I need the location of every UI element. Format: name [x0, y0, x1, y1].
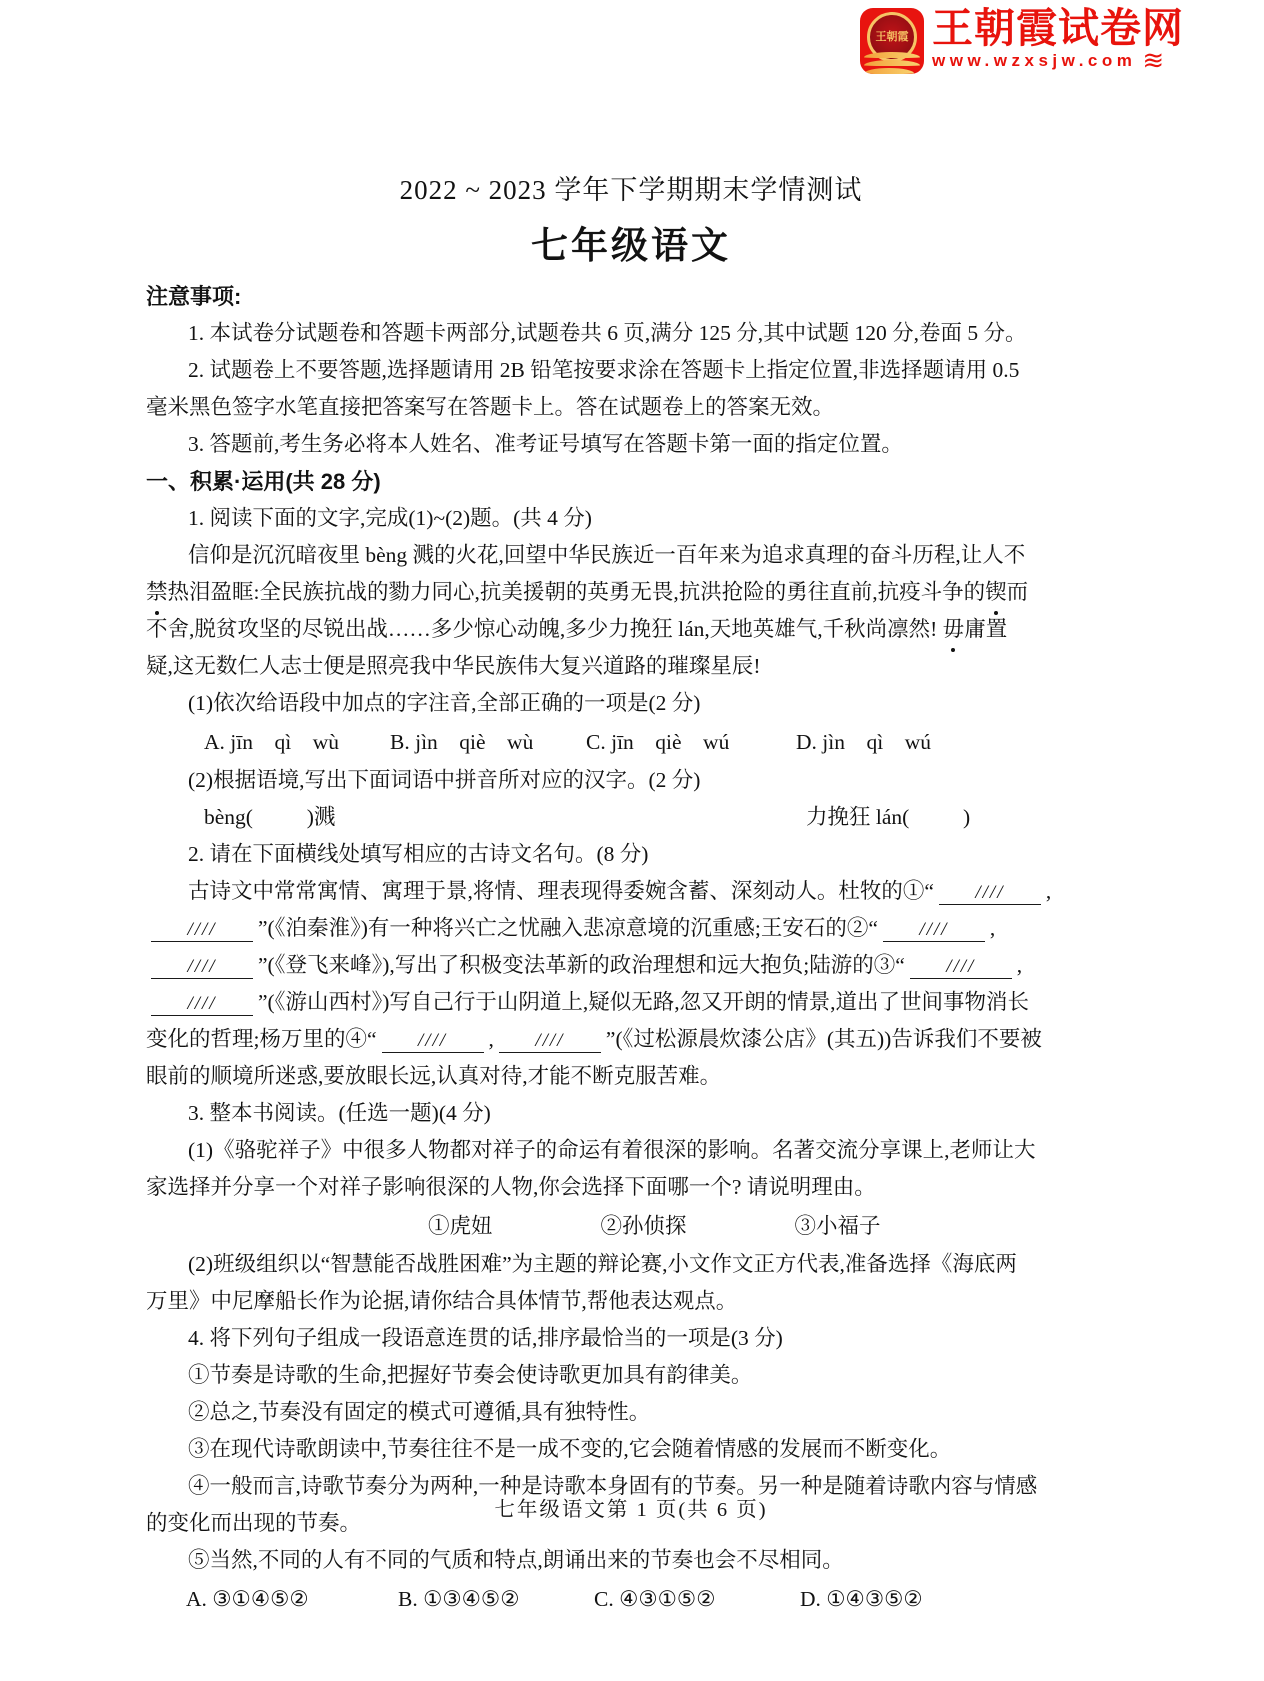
dotted-char: 禁	[146, 574, 168, 611]
notice-item-2-line2: 毫米黑色签字水笔直接把答案写在答题卡上。答在试题卷上的答案无效。	[146, 389, 1116, 426]
q2-text: ,	[990, 916, 995, 940]
brand-url: www.wzxsjw.com	[932, 51, 1136, 71]
q3-sub2-line2: 万里》中尼摩船长作为论据,请你结合具体情节,帮他表达观点。	[146, 1283, 1116, 1320]
passage-text: 不舍,脱贫攻坚的尽锐出战……多少惊心动魄,多少力挽狂 lán,天地英雄气,千秋尚…	[146, 617, 943, 641]
notice-item-2-line1: 2. 试题卷上不要答题,选择题请用 2B 铅笔按要求涂在答题卡上指定位置,非选择…	[146, 352, 1116, 389]
answer-blank: ////	[910, 956, 1012, 979]
q4-sentence-3: ③在现代诗歌朗读中,节奏往往不是一成不变的,它会随着情感的发展而不断变化。	[146, 1431, 1116, 1468]
q2-text: ,	[489, 1027, 494, 1051]
q3-stem: 3. 整本书阅读。(任选一题)(4 分)	[146, 1095, 1116, 1132]
answer-blank: ////	[151, 993, 253, 1016]
ribbon-stripe	[864, 68, 914, 74]
q2-text: ”(《游山西村》)写自己行于山阴道上,疑似无路,忽又开朗的情景,道出了世间事物消…	[258, 990, 1029, 1014]
q2-text: ,	[1017, 953, 1022, 977]
q1-sub2-words: bèng( )溅 力挽狂 lán( )	[146, 799, 1116, 836]
option-c: C. ④③①⑤②	[594, 1579, 800, 1619]
choice-3: ③小福子	[795, 1206, 881, 1246]
q2-line-2: ////”(《泊秦淮》)有一种将兴亡之忧融入悲凉意境的沉重感;王安石的②“///…	[146, 910, 1116, 947]
ribbon-stripe	[864, 52, 920, 58]
section1-heading: 一、积累·运用(共 28 分)	[146, 463, 1116, 500]
q2-line-5: 变化的哲理;杨万里的④“////,////”(《过松源晨炊漆公店》(其五))告诉…	[146, 1021, 1116, 1058]
dotted-char: 毋	[943, 611, 965, 648]
q2-line-4: ////”(《游山西村》)写自己行于山阴道上,疑似无路,忽又开朗的情景,道出了世…	[146, 984, 1116, 1021]
answer-blank: ////	[151, 919, 253, 942]
q2-text: ”(《泊秦淮》)有一种将兴亡之忧融入悲凉意境的沉重感;王安石的②“	[258, 916, 878, 940]
notice-heading: 注意事项:	[146, 278, 1116, 315]
q2-text: 古诗文中常常寓情、寓理于景,将情、理表现得委婉含蓄、深刻动人。杜牧的①“	[188, 879, 934, 903]
pinyin-word-2: 力挽狂 lán( )	[806, 799, 970, 836]
q2-text: 变化的哲理;杨万里的④“	[146, 1027, 377, 1051]
exam-session-title: 2022 ~ 2023 学年下学期期末学情测试	[146, 168, 1116, 207]
q2-text: ,	[1046, 879, 1051, 903]
dotted-char: 锲	[985, 574, 1007, 611]
notice-item-1: 1. 本试卷分试题卷和答题卡两部分,试题卷共 6 页,满分 125 分,其中试题…	[146, 315, 1116, 352]
pinyin-word-1: bèng( )溅	[204, 799, 335, 836]
option-c: C. jīn qiè wú	[586, 722, 796, 762]
exam-subject-title: 七年级语文	[146, 215, 1116, 269]
page-footer-label: 七年级语文第 1 页(共 6 页)	[146, 1492, 1116, 1522]
brand-url-row: www.wzxsjw.com ≋	[932, 51, 1184, 72]
q2-line-6: 眼前的顺境所迷惑,要放眼长远,认真对待,才能不断克服苦难。	[146, 1058, 1116, 1095]
q2-line-1: 古诗文中常常寓情、寓理于景,将情、理表现得委婉含蓄、深刻动人。杜牧的①“////…	[146, 873, 1116, 910]
notice-item-3: 3. 答题前,考生务必将本人姓名、准考证号填写在答题卡第一面的指定位置。	[146, 426, 1116, 463]
q2-text: ”(《登飞来峰》),写出了积极变法革新的政治理想和远大抱负;陆游的③“	[258, 953, 905, 977]
answer-blank: ////	[151, 956, 253, 979]
option-a: A. jīn qì wù	[204, 722, 390, 762]
answer-blank: ////	[883, 919, 985, 942]
exam-content: 2022 ~ 2023 学年下学期期末学情测试 七年级语文 注意事项: 1. 本…	[146, 168, 1116, 1619]
passage-line-3: 不舍,脱贫攻坚的尽锐出战……多少惊心动魄,多少力挽狂 lán,天地英雄气,千秋尚…	[146, 611, 1116, 648]
exam-page: 王朝霞 王朝霞试卷网 www.wzxsjw.com ≋ 2022 ~ 2023 …	[0, 0, 1264, 1681]
passage-text: 庸置	[964, 617, 1007, 641]
q4-sentence-5: ⑤当然,不同的人有不同的气质和特点,朗诵出来的节奏也会不尽相同。	[146, 1542, 1116, 1579]
option-b: B. ①③④⑤②	[398, 1579, 594, 1619]
ribbon-stripe	[864, 60, 920, 66]
answer-blank: ////	[499, 1030, 601, 1053]
option-b: B. jìn qiè wù	[390, 722, 586, 762]
wave-lines-icon: ≋	[1142, 51, 1164, 72]
choice-2: ②孙侦探	[601, 1206, 687, 1246]
q2-text: ”(《过松源晨炊漆公店》(其五))告诉我们不要被	[606, 1027, 1042, 1051]
option-d: D. jìn qì wú	[796, 722, 931, 762]
option-d: D. ①④③⑤②	[800, 1579, 923, 1619]
passage-line-2: 禁热泪盈眶:全民族抗战的勠力同心,抗美援朝的英勇无畏,抗洪抢险的勇往直前,抗疫斗…	[146, 574, 1116, 611]
choice-1: ①虎妞	[428, 1206, 493, 1246]
passage-text: 热泪盈眶:全民族抗战的勠力同心,抗美援朝的英勇无畏,抗洪抢险的勇往直前,抗疫斗争…	[168, 580, 986, 604]
passage-line-1: 信仰是沉沉暗夜里 bèng 溅的火花,回望中华民族近一百年来为追求真理的奋斗历程…	[146, 537, 1116, 574]
q1-sub2-stem: (2)根据语境,写出下面词语中拼音所对应的汉字。(2 分)	[146, 762, 1116, 799]
q4-sentence-1: ①节奏是诗歌的生命,把握好节奏会使诗歌更加具有韵律美。	[146, 1357, 1116, 1394]
q1-sub1-options: A. jīn qì wù B. jìn qiè wù C. jīn qiè wú…	[146, 722, 1116, 762]
q4-sentence-2: ②总之,节奏没有固定的模式可遵循,具有独特性。	[146, 1394, 1116, 1431]
logo-text-block: 王朝霞试卷网 www.wzxsjw.com ≋	[932, 8, 1184, 72]
q1-sub1-stem: (1)依次给语段中加点的字注音,全部正确的一项是(2 分)	[146, 685, 1116, 722]
q1-stem: 1. 阅读下面的文字,完成(1)~(2)题。(共 4 分)	[146, 500, 1116, 537]
passage-line-4: 疑,这无数仁人志士便是照亮我中华民族伟大复兴道路的璀璨星辰!	[146, 648, 1116, 685]
brand-name: 王朝霞试卷网	[932, 8, 1184, 49]
answer-blank: ////	[382, 1030, 484, 1053]
q2-line-3: ////”(《登飞来峰》),写出了积极变法革新的政治理想和远大抱负;陆游的③“/…	[146, 947, 1116, 984]
passage-text: 而	[1007, 580, 1029, 604]
q3-character-choices: ①虎妞 ②孙侦探 ③小福子	[146, 1206, 1116, 1246]
q2-stem: 2. 请在下面横线处填写相应的古诗文名句。(8 分)	[146, 836, 1116, 873]
answer-blank: ////	[939, 882, 1041, 905]
q3-sub1-line1: (1)《骆驼祥子》中很多人物都对祥子的命运有着很深的影响。名著交流分享课上,老师…	[146, 1132, 1116, 1169]
q3-sub2-line1: (2)班级组织以“智慧能否战胜困难”为主题的辩论赛,小文作文正方代表,准备选择《…	[146, 1246, 1116, 1283]
q4-options: A. ③①④⑤② B. ①③④⑤② C. ④③①⑤② D. ①④③⑤②	[146, 1579, 1116, 1619]
site-logo: 王朝霞 王朝霞试卷网 www.wzxsjw.com ≋	[860, 8, 1184, 74]
option-a: A. ③①④⑤②	[186, 1579, 398, 1619]
q4-stem: 4. 将下列句子组成一段语意连贯的话,排序最恰当的一项是(3 分)	[146, 1320, 1116, 1357]
brand-seal-icon: 王朝霞	[860, 8, 924, 74]
q3-sub1-line2: 家选择并分享一个对祥子影响很深的人物,你会选择下面哪一个? 请说明理由。	[146, 1169, 1116, 1206]
